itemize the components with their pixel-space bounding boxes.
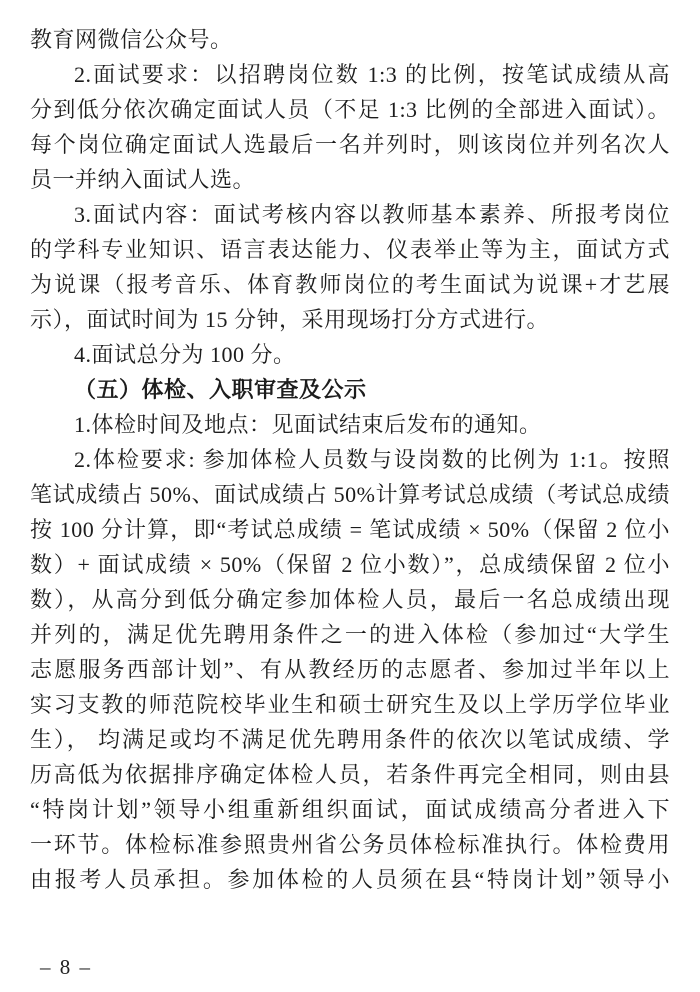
section-heading: （五）体检、入职审查及公示 <box>30 372 670 407</box>
text-line: 的学科专业知识、语言表达能力、仪表举止等为主，面试方式 <box>30 232 670 267</box>
text-line: 2.体检要求: 参加体检人员数与设岗数的比例为 1:1。按照 <box>30 442 670 477</box>
text-line: 按 100 分计算，即“考试总成绩 = 笔试成绩 × 50%（保留 2 位小 <box>30 512 670 547</box>
text-line: “特岗计划”领导小组重新组织面试，面试成绩高分者进入下 <box>30 792 670 827</box>
text-line: 每个岗位确定面试人选最后一名并列时，则该岗位并列名次人 <box>30 127 670 162</box>
text-line: 2.面试要求：以招聘岗位数 1:3 的比例，按笔试成绩从高 <box>30 57 670 92</box>
text-line: 由报考人员承担。参加体检的人员须在县“特岗计划”领导小 <box>30 862 670 897</box>
text-line: 教育网微信公众号。 <box>30 22 670 57</box>
text-line: 数），从高分到低分确定参加体检人员，最后一名总成绩出现 <box>30 582 670 617</box>
text-line: 为说课（报考音乐、体育教师岗位的考生面试为说课+才艺展 <box>30 267 670 302</box>
text-line: 员一并纳入面试人选。 <box>30 162 670 197</box>
text-line: 3.面试内容：面试考核内容以教师基本素养、所报考岗位 <box>30 197 670 232</box>
text-line: 1.体检时间及地点：见面试结束后发布的通知。 <box>30 407 670 442</box>
text-line: 生）， 均满足或均不满足优先聘用条件的依次以笔试成绩、学 <box>30 722 670 757</box>
document-lines: 教育网微信公众号。2.面试要求：以招聘岗位数 1:3 的比例，按笔试成绩从高分到… <box>30 22 670 897</box>
document-page: 教育网微信公众号。2.面试要求：以招聘岗位数 1:3 的比例，按笔试成绩从高分到… <box>0 0 700 992</box>
text-line: 志愿服务西部计划”、有从教经历的志愿者、参加过半年以上 <box>30 652 670 687</box>
text-line: 4.面试总分为 100 分。 <box>30 337 670 372</box>
text-line: 分到低分依次确定面试人员（不足 1:3 比例的全部进入面试）。 <box>30 92 670 127</box>
text-line: 并列的，满足优先聘用条件之一的进入体检（参加过“大学生 <box>30 617 670 652</box>
text-line: 笔试成绩占 50%、面试成绩占 50%计算考试总成绩（考试总成绩 <box>30 477 670 512</box>
text-line: 一环节。体检标准参照贵州省公务员体检标准执行。体检费用 <box>30 827 670 862</box>
text-line: 示），面试时间为 15 分钟，采用现场打分方式进行。 <box>30 302 670 337</box>
text-line: 历高低为依据排序确定体检人员，若条件再完全相同，则由县 <box>30 757 670 792</box>
page-number: – 8 – <box>40 955 92 979</box>
text-line: 数）+ 面试成绩 × 50%（保留 2 位小数）”，总成绩保留 2 位小 <box>30 547 670 582</box>
text-line: 实习支教的师范院校毕业生和硕士研究生及以上学历学位毕业 <box>30 687 670 722</box>
